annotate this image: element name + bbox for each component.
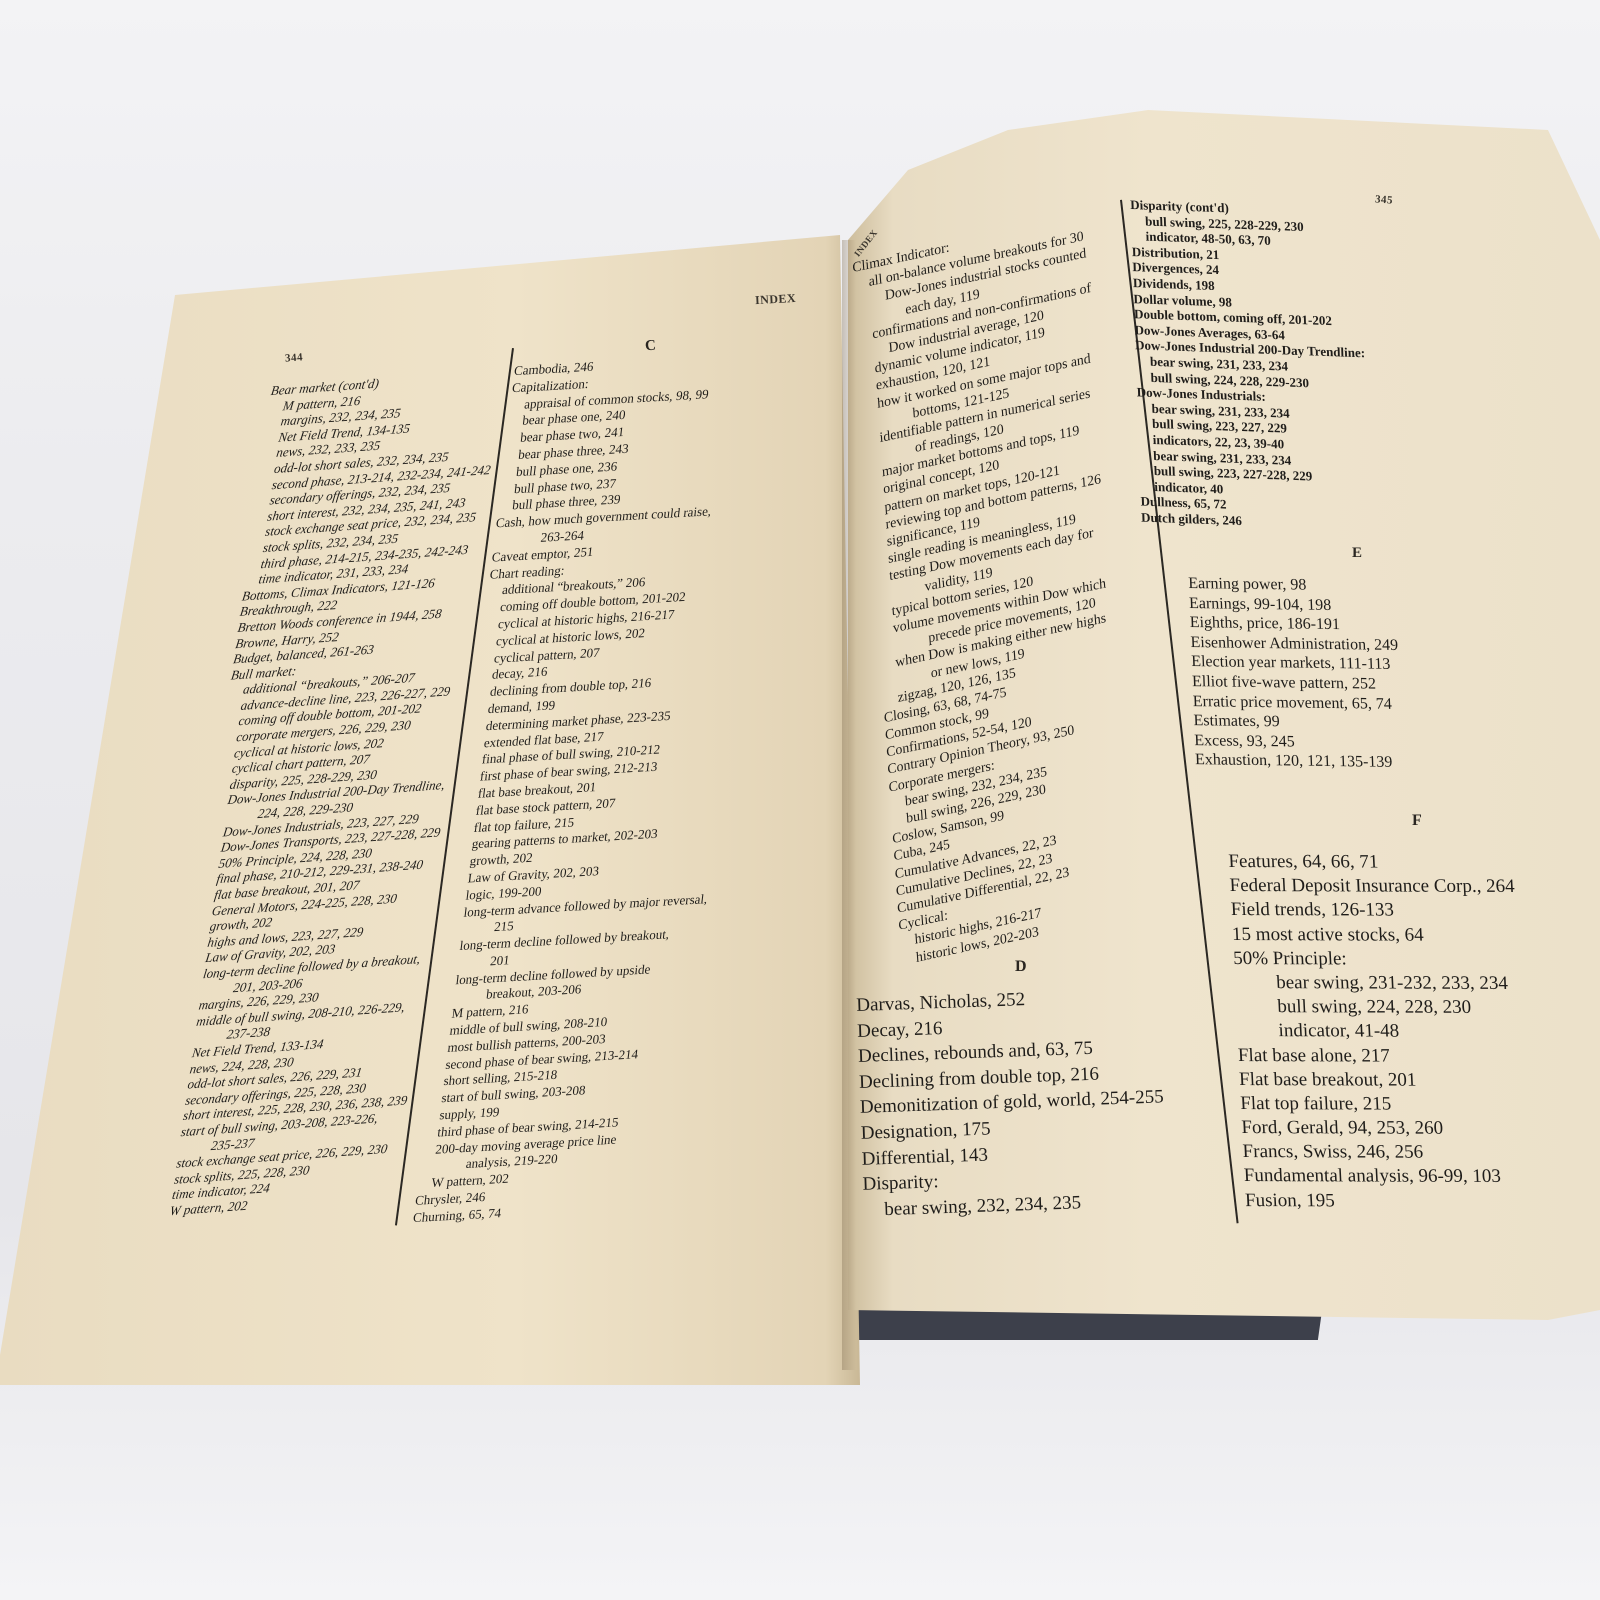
index-entry: 15 most active stocks, 64 bbox=[1232, 925, 1518, 950]
section-letter-f: F bbox=[1412, 812, 1422, 830]
index-entry: 50% Principle: bbox=[1233, 949, 1519, 974]
section-letter-d: D bbox=[1015, 958, 1027, 976]
index-entry: indicator, 41-48 bbox=[1236, 1021, 1522, 1046]
index-entry: Features, 64, 66, 71 bbox=[1228, 852, 1514, 877]
left-running-head: INDEX bbox=[755, 291, 797, 308]
index-entry: Flat top failure, 215 bbox=[1240, 1094, 1526, 1119]
right-page-column-1: Climax Indicator:all on-balance volume b… bbox=[852, 212, 1135, 972]
section-letter-c: C bbox=[645, 338, 657, 356]
index-entry: Fusion, 195 bbox=[1245, 1191, 1531, 1216]
index-entry: bear swing, 231-232, 233, 234 bbox=[1234, 973, 1520, 998]
index-entry: bull swing, 224, 228, 230 bbox=[1235, 997, 1521, 1022]
right-page-column-2-f: Features, 64, 66, 71Federal Deposit Insu… bbox=[1228, 852, 1531, 1216]
section-letter-e: E bbox=[1352, 545, 1362, 562]
book-gutter bbox=[842, 240, 856, 1370]
right-page-column-2: Disparity (cont'd)bull swing, 225, 228-2… bbox=[1130, 198, 1371, 534]
left-page-number: 344 bbox=[285, 351, 304, 364]
index-entry: Flat base breakout, 201 bbox=[1239, 1070, 1525, 1095]
index-entry: Federal Deposit Insurance Corp., 264 bbox=[1229, 876, 1515, 901]
right-page-number: 345 bbox=[1375, 193, 1394, 206]
right-page-column-2-e: Earning power, 98Earnings, 99-104, 198Ei… bbox=[1188, 576, 1403, 775]
index-entry: Francs, Swiss, 246, 256 bbox=[1242, 1142, 1528, 1167]
index-entry: Flat base alone, 217 bbox=[1237, 1046, 1523, 1071]
index-entry: Fundamental analysis, 96-99, 103 bbox=[1243, 1166, 1529, 1191]
index-entry: Ford, Gerald, 94, 253, 260 bbox=[1241, 1118, 1527, 1143]
right-page-column-1-d: Darvas, Nicholas, 252Decay, 216Declines,… bbox=[856, 985, 1168, 1226]
index-entry: Exhaustion, 120, 121, 135-139 bbox=[1195, 752, 1403, 775]
index-entry: Field trends, 126-133 bbox=[1230, 900, 1516, 925]
